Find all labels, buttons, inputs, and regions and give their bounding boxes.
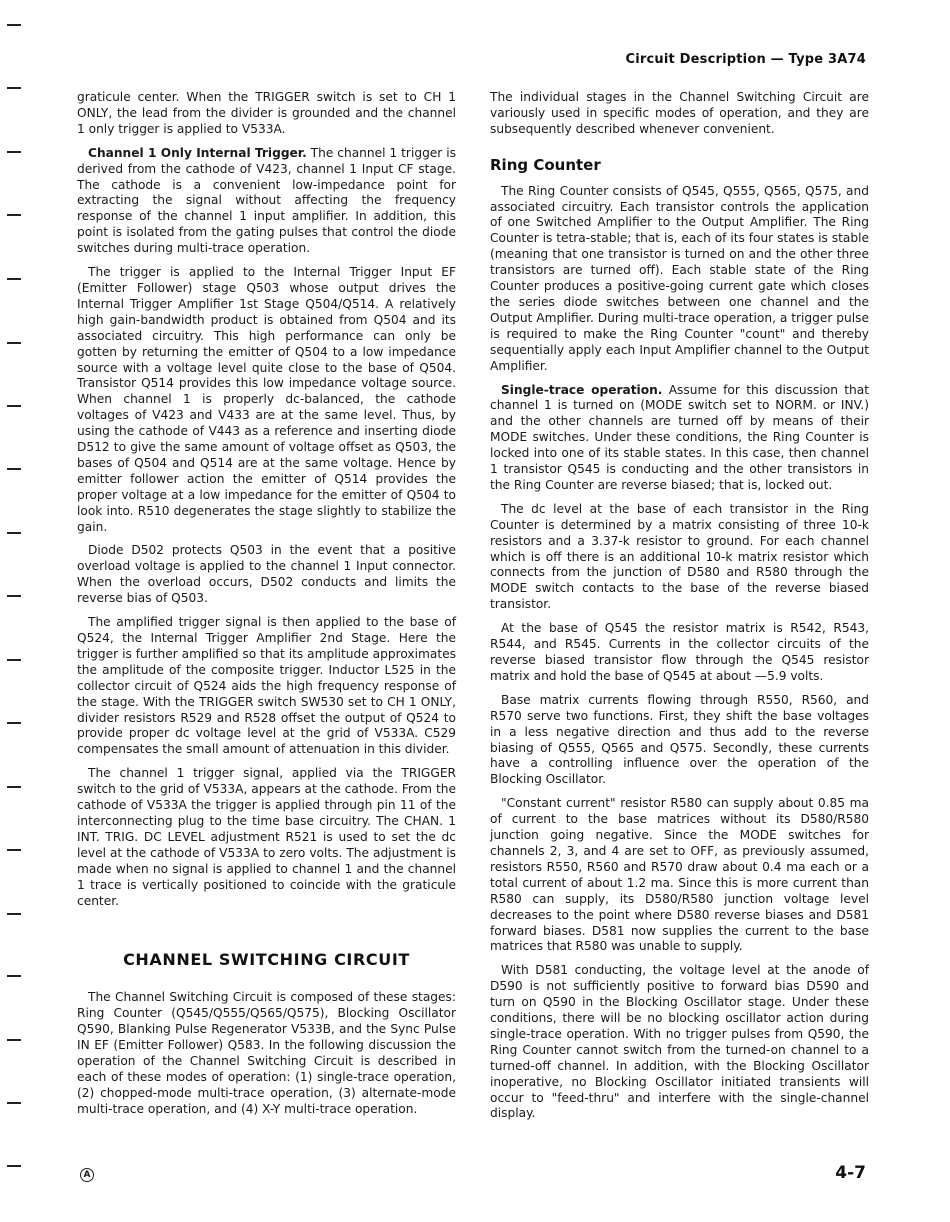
paragraph: The channel 1 trigger signal, applied vi… [77, 766, 456, 909]
paragraph-text: At the base of Q545 the resistor matrix … [490, 621, 869, 683]
paragraph-text: "Constant current" resistor R580 can sup… [490, 796, 869, 953]
paragraph-text: Assume for this discussion that channel … [490, 383, 869, 492]
paragraph-text: The dc level at the base of each transis… [490, 502, 869, 611]
binding-tick [7, 1165, 21, 1167]
binding-tick [7, 342, 21, 344]
publisher-mark-icon: A [80, 1168, 94, 1182]
paragraph: At the base of Q545 the resistor matrix … [490, 621, 869, 685]
paragraph: The amplified trigger signal is then app… [77, 615, 456, 758]
paragraph: The Ring Counter consists of Q545, Q555,… [490, 184, 869, 375]
paragraph: "Constant current" resistor R580 can sup… [490, 796, 869, 955]
paragraph: The trigger is applied to the Internal T… [77, 265, 456, 535]
paragraph-text: The Ring Counter consists of Q545, Q555,… [490, 184, 869, 373]
paragraph-text: The trigger is applied to the Internal T… [77, 265, 456, 534]
binding-tick [7, 975, 21, 977]
binding-tick [7, 1102, 21, 1104]
paragraph-text: Diode D502 protects Q503 in the event th… [77, 543, 456, 605]
binding-tick [7, 1039, 21, 1041]
binding-tick [7, 151, 21, 153]
subsection-heading: Ring Counter [490, 158, 869, 174]
paragraph: Base matrix currents flowing through R55… [490, 693, 869, 788]
paragraph-text: graticule center. When the TRIGGER switc… [77, 90, 456, 136]
paragraph: The Channel Switching Circuit is compose… [77, 990, 456, 1117]
binding-tick [7, 278, 21, 280]
left-column: graticule center. When the TRIGGER switc… [77, 90, 456, 1126]
binding-tick [7, 468, 21, 470]
paragraph-text: The Channel Switching Circuit is compose… [77, 990, 456, 1115]
binding-tick [7, 405, 21, 407]
binding-tick [7, 87, 21, 89]
intro-paragraph: The individual stages in the Channel Swi… [490, 90, 869, 138]
run-in-heading: Channel 1 Only Internal Trigger. [88, 146, 307, 160]
binding-tick [7, 786, 21, 788]
paragraph: Single-trace operation. Assume for this … [490, 383, 869, 494]
section-heading: CHANNEL SWITCHING CIRCUIT [77, 952, 456, 968]
right-column: The individual stages in the Channel Swi… [490, 90, 869, 1130]
binding-tick [7, 659, 21, 661]
page-number: 4-7 [835, 1163, 866, 1183]
running-head: Circuit Description — Type 3A74 [625, 52, 866, 67]
binding-tick [7, 722, 21, 724]
binding-tick [7, 214, 21, 216]
paragraph: graticule center. When the TRIGGER switc… [77, 90, 456, 138]
run-in-heading: Single-trace operation. [501, 383, 662, 397]
paragraph-text: The channel 1 trigger is derived from th… [77, 146, 456, 255]
paragraph: With D581 conducting, the voltage level … [490, 963, 869, 1122]
paragraph-text: Base matrix currents flowing through R55… [490, 693, 869, 787]
binding-tick [7, 24, 21, 26]
paragraph: Channel 1 Only Internal Trigger. The cha… [77, 146, 456, 257]
binding-tick [7, 532, 21, 534]
binding-tick [7, 849, 21, 851]
paragraph-text: The amplified trigger signal is then app… [77, 615, 456, 756]
binding-tick [7, 595, 21, 597]
binding-tick [7, 913, 21, 915]
paragraph-text: The channel 1 trigger signal, applied vi… [77, 766, 456, 907]
paragraph: Diode D502 protects Q503 in the event th… [77, 543, 456, 607]
paragraph: The dc level at the base of each transis… [490, 502, 869, 613]
paragraph-text: With D581 conducting, the voltage level … [490, 963, 869, 1120]
